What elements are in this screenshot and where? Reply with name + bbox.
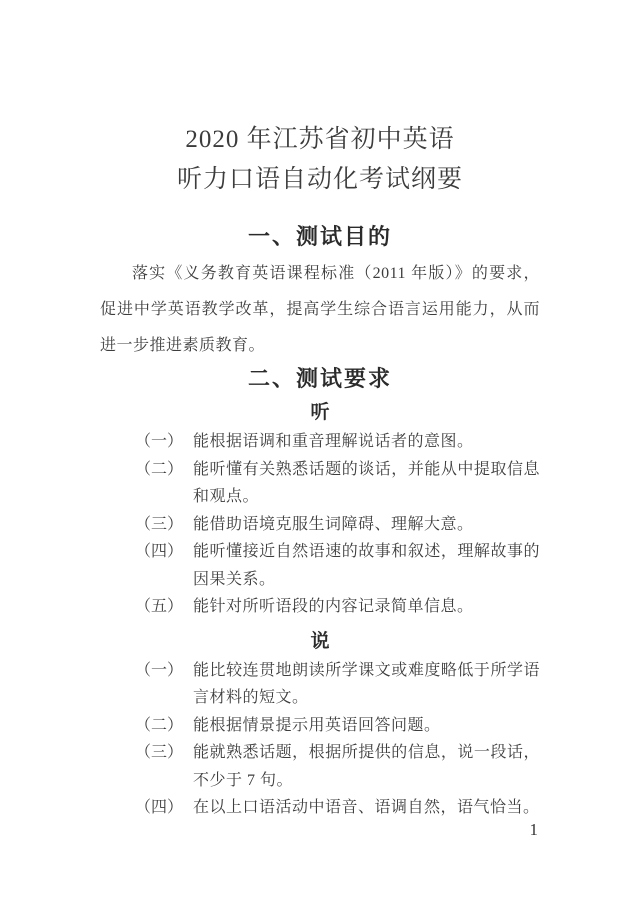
listening-list: （一） 能根据语调和重音理解说话者的意图。 （二） 能听懂有关熟悉话题的谈话，并…	[100, 428, 540, 621]
speaking-list: （一） 能比较连贯地朗读所学课文或难度略低于所学语言材料的短文。 （二） 能根据…	[100, 657, 540, 822]
page-content: 2020 年江苏省初中英语 听力口语自动化考试纲要 一、测试目的 落实《义务教育…	[100, 0, 540, 840]
section-heading-purpose: 一、测试目的	[100, 222, 540, 252]
item-marker: （二）	[135, 712, 183, 740]
item-text: 能比较连贯地朗读所学课文或难度略低于所学语言材料的短文。	[193, 657, 540, 712]
subsection-title-listening: 听	[100, 400, 540, 426]
item-text: 能听懂接近自然语速的故事和叙述，理解故事的因果关系。	[193, 538, 540, 593]
section-heading-requirements: 二、测试要求	[100, 364, 540, 394]
item-marker: （二）	[135, 456, 183, 511]
title-line-1: 2020 年江苏省初中英语	[100, 120, 540, 160]
item-marker: （四）	[135, 794, 183, 822]
item-marker: （五）	[135, 593, 183, 621]
list-item: （二） 能根据情景提示用英语回答问题。	[135, 712, 540, 740]
item-text: 在以上口语活动中语音、语调自然，语气恰当。	[193, 794, 540, 822]
item-text: 能借助语境克服生词障碍、理解大意。	[193, 511, 540, 539]
list-item: （四） 在以上口语活动中语音、语调自然，语气恰当。	[135, 794, 540, 822]
list-item: （二） 能听懂有关熟悉话题的谈话，并能从中提取信息和观点。	[135, 456, 540, 511]
purpose-paragraph: 落实《义务教育英语课程标准（2011 年版）》的要求，促进中学英语教学改革，提高…	[100, 256, 540, 364]
item-marker: （一）	[135, 428, 183, 456]
list-item: （三） 能就熟悉话题，根据所提供的信息，说一段话，不少于 7 句。	[135, 739, 540, 794]
item-text: 能针对所听语段的内容记录简单信息。	[193, 593, 540, 621]
item-marker: （四）	[135, 538, 183, 593]
item-marker: （一）	[135, 657, 183, 712]
document-page: 2020 年江苏省初中英语 听力口语自动化考试纲要 一、测试目的 落实《义务教育…	[0, 0, 641, 899]
list-item: （三） 能借助语境克服生词障碍、理解大意。	[135, 511, 540, 539]
item-text: 能听懂有关熟悉话题的谈话，并能从中提取信息和观点。	[193, 456, 540, 511]
item-marker: （三）	[135, 511, 183, 539]
item-marker: （三）	[135, 739, 183, 794]
document-title: 2020 年江苏省初中英语 听力口语自动化考试纲要	[100, 120, 540, 200]
page-number: 1	[100, 820, 540, 840]
list-item: （一） 能比较连贯地朗读所学课文或难度略低于所学语言材料的短文。	[135, 657, 540, 712]
list-item: （一） 能根据语调和重音理解说话者的意图。	[135, 428, 540, 456]
item-text: 能根据情景提示用英语回答问题。	[193, 712, 540, 740]
item-text: 能就熟悉话题，根据所提供的信息，说一段话，不少于 7 句。	[193, 739, 540, 794]
item-text: 能根据语调和重音理解说话者的意图。	[193, 428, 540, 456]
title-line-2: 听力口语自动化考试纲要	[100, 160, 540, 200]
list-item: （五） 能针对所听语段的内容记录简单信息。	[135, 593, 540, 621]
list-item: （四） 能听懂接近自然语速的故事和叙述，理解故事的因果关系。	[135, 538, 540, 593]
subsection-title-speaking: 说	[100, 629, 540, 655]
